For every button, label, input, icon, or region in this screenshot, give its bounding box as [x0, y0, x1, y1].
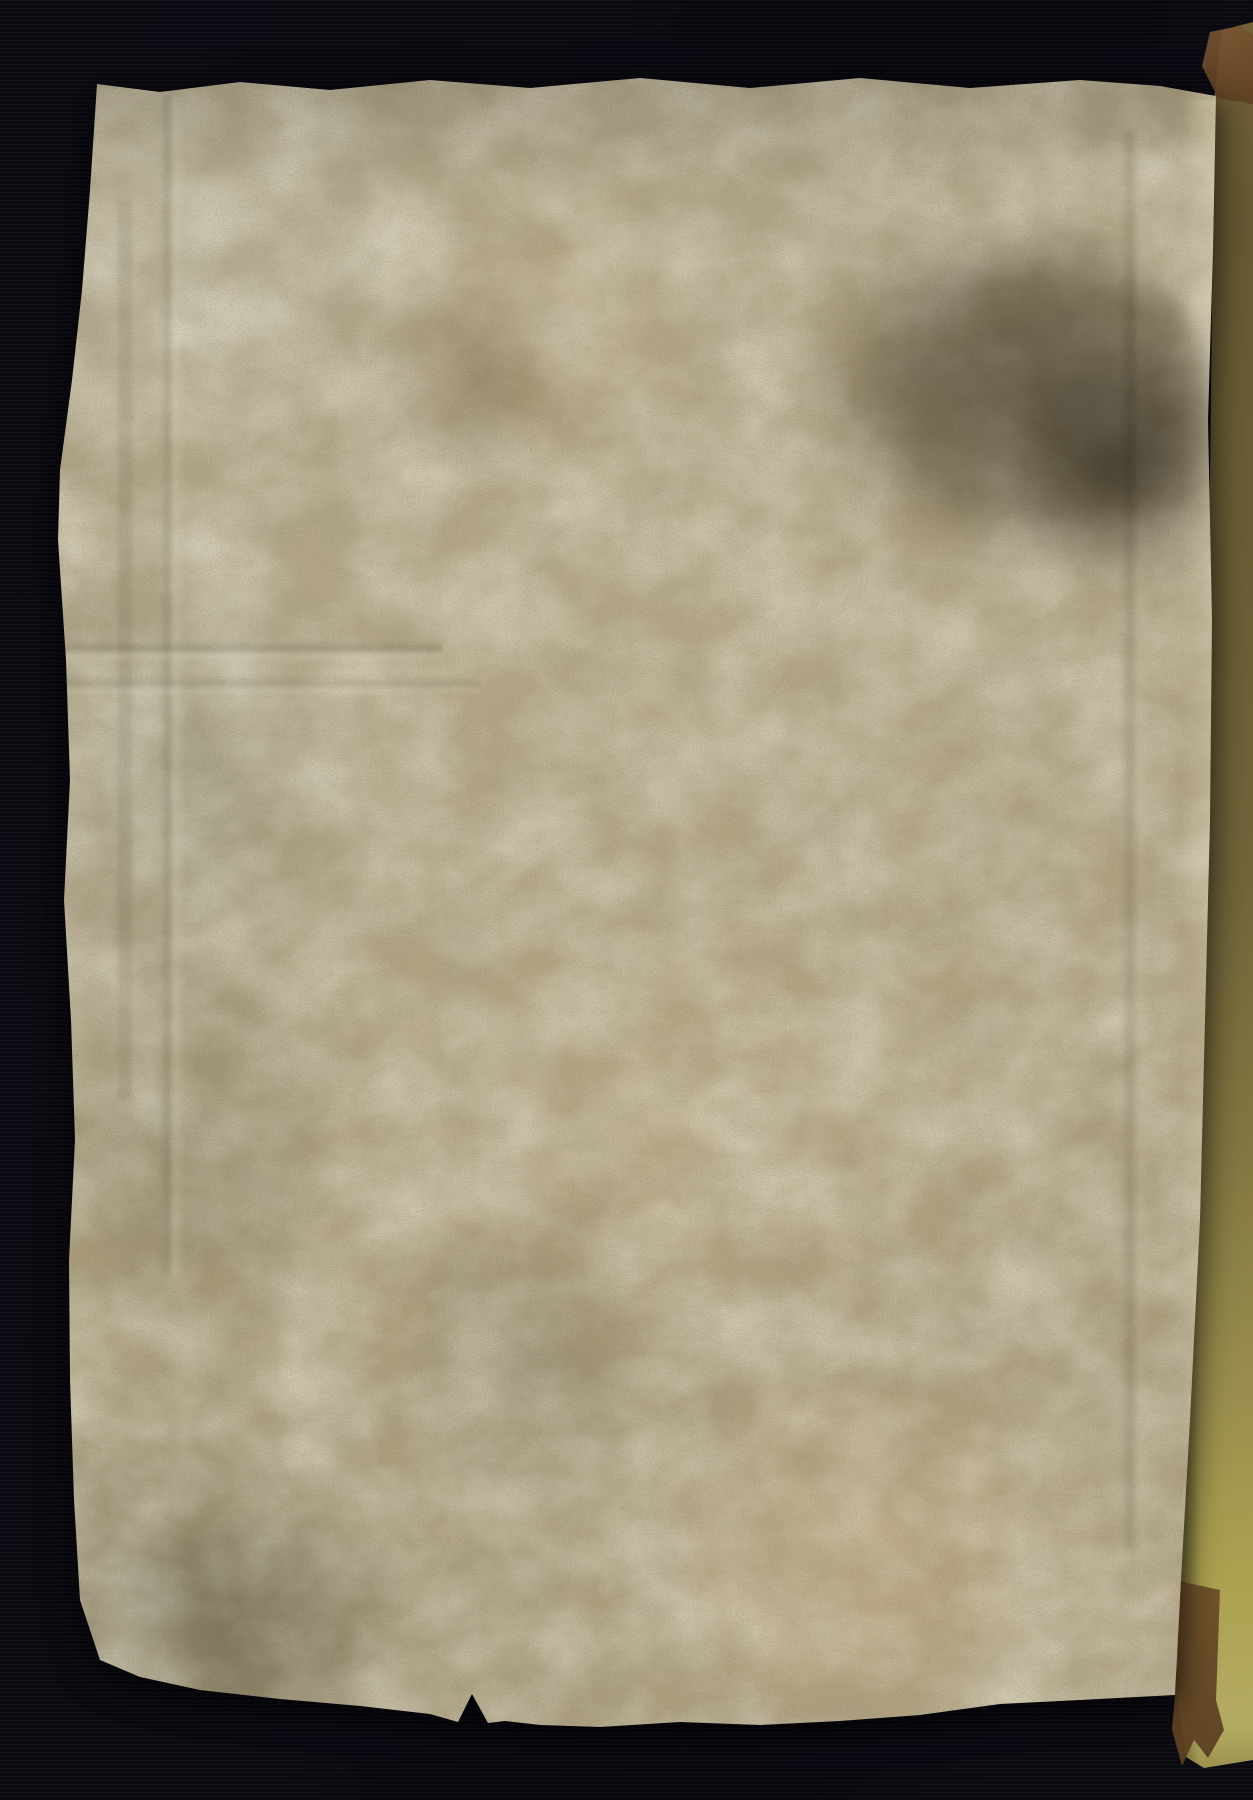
- parchment-page: [0, 0, 1253, 1800]
- manuscript-photo: [0, 0, 1253, 1800]
- page-wrap: [0, 0, 1253, 1800]
- syriac-text-block: [0, 0, 1253, 1800]
